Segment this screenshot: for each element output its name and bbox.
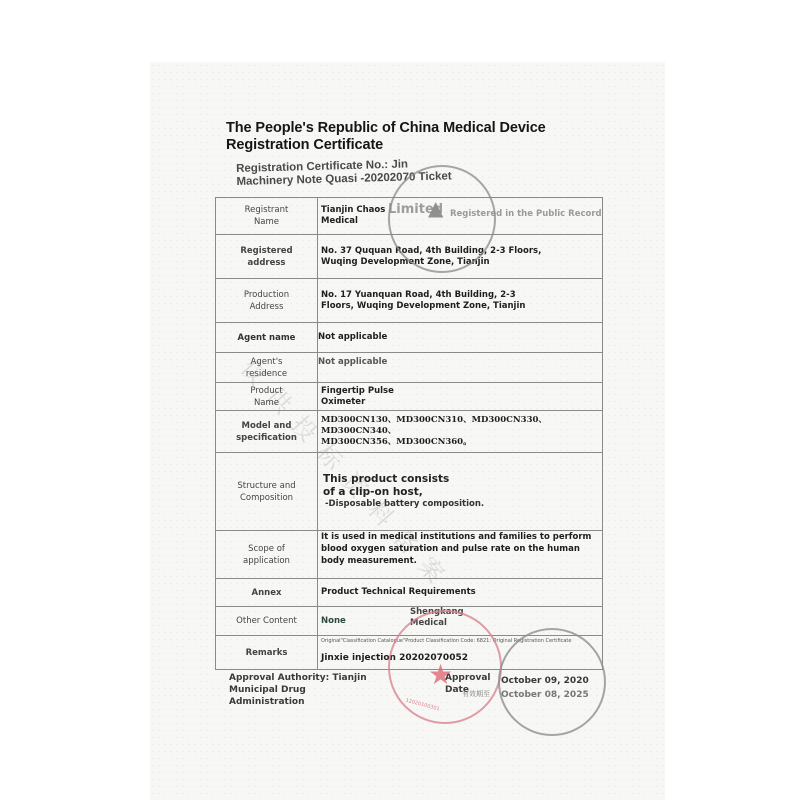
label-line: Product bbox=[219, 385, 314, 397]
label-line: specification bbox=[219, 432, 314, 444]
row-annex: Annex Product Technical Requirements bbox=[216, 579, 603, 607]
label-production-address: Production Address bbox=[216, 279, 318, 323]
value-line: Wuqing Development Zone, Tianjin bbox=[321, 257, 599, 268]
approval-dates: October 09, 2020 October 08, 2025 bbox=[501, 674, 589, 702]
label-remarks: Remarks bbox=[216, 636, 318, 670]
authority-line: Administration bbox=[229, 696, 367, 708]
label-model: Model and specification bbox=[216, 411, 318, 453]
row-agent-name: Agent name Not applicable bbox=[216, 323, 603, 353]
value-line: This product consists bbox=[323, 473, 449, 486]
approval-authority: Approval Authority: Tianjin Municipal Dr… bbox=[229, 672, 367, 708]
label-line: Agent's bbox=[219, 356, 314, 368]
row-registered-address: Registered address No. 37 Ququan Road, 4… bbox=[216, 235, 603, 279]
other-content-side: Shengkang Medical bbox=[410, 607, 464, 629]
value-line: body measurement. bbox=[321, 555, 599, 567]
value-model: MD300CN130、MD300CN310、MD300CN330、MD300CN… bbox=[318, 411, 603, 453]
label-line: Registrant bbox=[219, 204, 314, 216]
label-product-name: Product Name bbox=[216, 383, 318, 411]
label-line: Scope of bbox=[219, 543, 314, 555]
title-line-2: Registration Certificate bbox=[226, 137, 546, 154]
label-agent-name: Agent name bbox=[216, 323, 318, 353]
row-scope: Scope of application It is used in medic… bbox=[216, 531, 603, 579]
value-product-name: Fingertip Pulse Oximeter bbox=[318, 383, 603, 411]
label-line: Composition bbox=[219, 492, 314, 504]
value-line: No. 37 Ququan Road, 4th Building, 2-3 Fl… bbox=[321, 246, 599, 257]
remarks-value: Jinxie injection 20202070052 bbox=[321, 653, 599, 664]
value-line: Fingertip Pulse bbox=[321, 386, 599, 397]
authority-line: Municipal Drug bbox=[229, 684, 367, 696]
document-title: The People's Republic of China Medical D… bbox=[226, 120, 546, 154]
value-agent-name: Not applicable bbox=[318, 323, 603, 353]
value-line: No. 17 Yuanquan Road, 4th Building, 2-3 bbox=[321, 290, 599, 301]
title-line-1: The People's Republic of China Medical D… bbox=[226, 120, 546, 137]
row-model: Model and specification MD300CN130、MD300… bbox=[216, 411, 603, 453]
public-record-note: Registered in the Public Record bbox=[450, 209, 602, 220]
label-line: residence bbox=[219, 368, 314, 380]
label-line: Structure and bbox=[219, 480, 314, 492]
label-agent-residence: Agent's residence bbox=[216, 353, 318, 383]
label-structure: Structure and Composition bbox=[216, 453, 318, 531]
side-line: Shengkang bbox=[410, 607, 464, 618]
label-other-content: Other Content bbox=[216, 607, 318, 636]
value-line: Floors, Wuqing Development Zone, Tianjin bbox=[321, 301, 599, 312]
label-line: address bbox=[219, 257, 314, 269]
value-annex: Product Technical Requirements bbox=[318, 579, 603, 607]
value-scope: It is used in medical institutions and f… bbox=[318, 531, 603, 579]
label-scope: Scope of application bbox=[216, 531, 318, 579]
label-line: Production bbox=[219, 289, 314, 301]
value-registrant: Tianjin Chaos Medical Registered in the … bbox=[318, 198, 603, 235]
value-line: MD300CN356、MD300CN360。 bbox=[321, 437, 599, 448]
value-line: of a clip-on host, bbox=[323, 486, 449, 499]
row-structure: Structure and Composition This product c… bbox=[216, 453, 603, 531]
row-product-name: Product Name Fingertip Pulse Oximeter bbox=[216, 383, 603, 411]
other-content-value: None bbox=[321, 616, 346, 626]
authority-line: Approval Authority: Tianjin bbox=[229, 672, 367, 684]
valid-until-date: October 08, 2025 bbox=[501, 688, 589, 702]
value-remarks: Original"Classification Catalogue"Produc… bbox=[318, 636, 603, 670]
limited-stamp-text: Limited bbox=[388, 202, 443, 217]
valid-until-label: 有效期至 bbox=[462, 689, 490, 699]
side-line: Medical bbox=[410, 618, 464, 629]
label-line: application bbox=[219, 555, 314, 567]
row-other-content: Other Content None Shengkang Medical bbox=[216, 607, 603, 636]
structure-main: This product consists of a clip-on host, bbox=[323, 473, 449, 499]
red-seal-star-icon: ★ bbox=[428, 658, 453, 691]
label-line: Model and bbox=[219, 420, 314, 432]
remarks-note: Original"Classification Catalogue"Produc… bbox=[321, 638, 599, 645]
value-structure: This product consists of a clip-on host,… bbox=[318, 453, 603, 531]
value-line: It is used in medical institutions and f… bbox=[321, 531, 599, 543]
value-production-address: No. 17 Yuanquan Road, 4th Building, 2-3 … bbox=[318, 279, 603, 323]
label-line: Name bbox=[219, 397, 314, 409]
label-registrant: Registrant Name bbox=[216, 198, 318, 235]
value-agent-residence: Not applicable bbox=[318, 353, 603, 383]
label-line: Address bbox=[219, 301, 314, 313]
value-other-content: None Shengkang Medical bbox=[318, 607, 603, 636]
value-line: Oximeter bbox=[321, 397, 599, 408]
row-production-address: Production Address No. 17 Yuanquan Road,… bbox=[216, 279, 603, 323]
structure-side: -Disposable battery composition. bbox=[325, 499, 484, 510]
value-line: blood oxygen saturation and pulse rate o… bbox=[321, 543, 599, 555]
label-registered-address: Registered address bbox=[216, 235, 318, 279]
value-registered-address: No. 37 Ququan Road, 4th Building, 2-3 Fl… bbox=[318, 235, 603, 279]
registration-table: Registrant Name Tianjin Chaos Medical Re… bbox=[215, 197, 603, 670]
row-remarks: Remarks Original"Classification Catalogu… bbox=[216, 636, 603, 670]
label-annex: Annex bbox=[216, 579, 318, 607]
value-line: MD300CN130、MD300CN310、MD300CN330、MD300CN… bbox=[321, 415, 599, 437]
approval-date: October 09, 2020 bbox=[501, 674, 589, 688]
label-line: Registered bbox=[219, 245, 314, 257]
label-line: Name bbox=[219, 216, 314, 228]
row-agent-residence: Agent's residence Not applicable bbox=[216, 353, 603, 383]
